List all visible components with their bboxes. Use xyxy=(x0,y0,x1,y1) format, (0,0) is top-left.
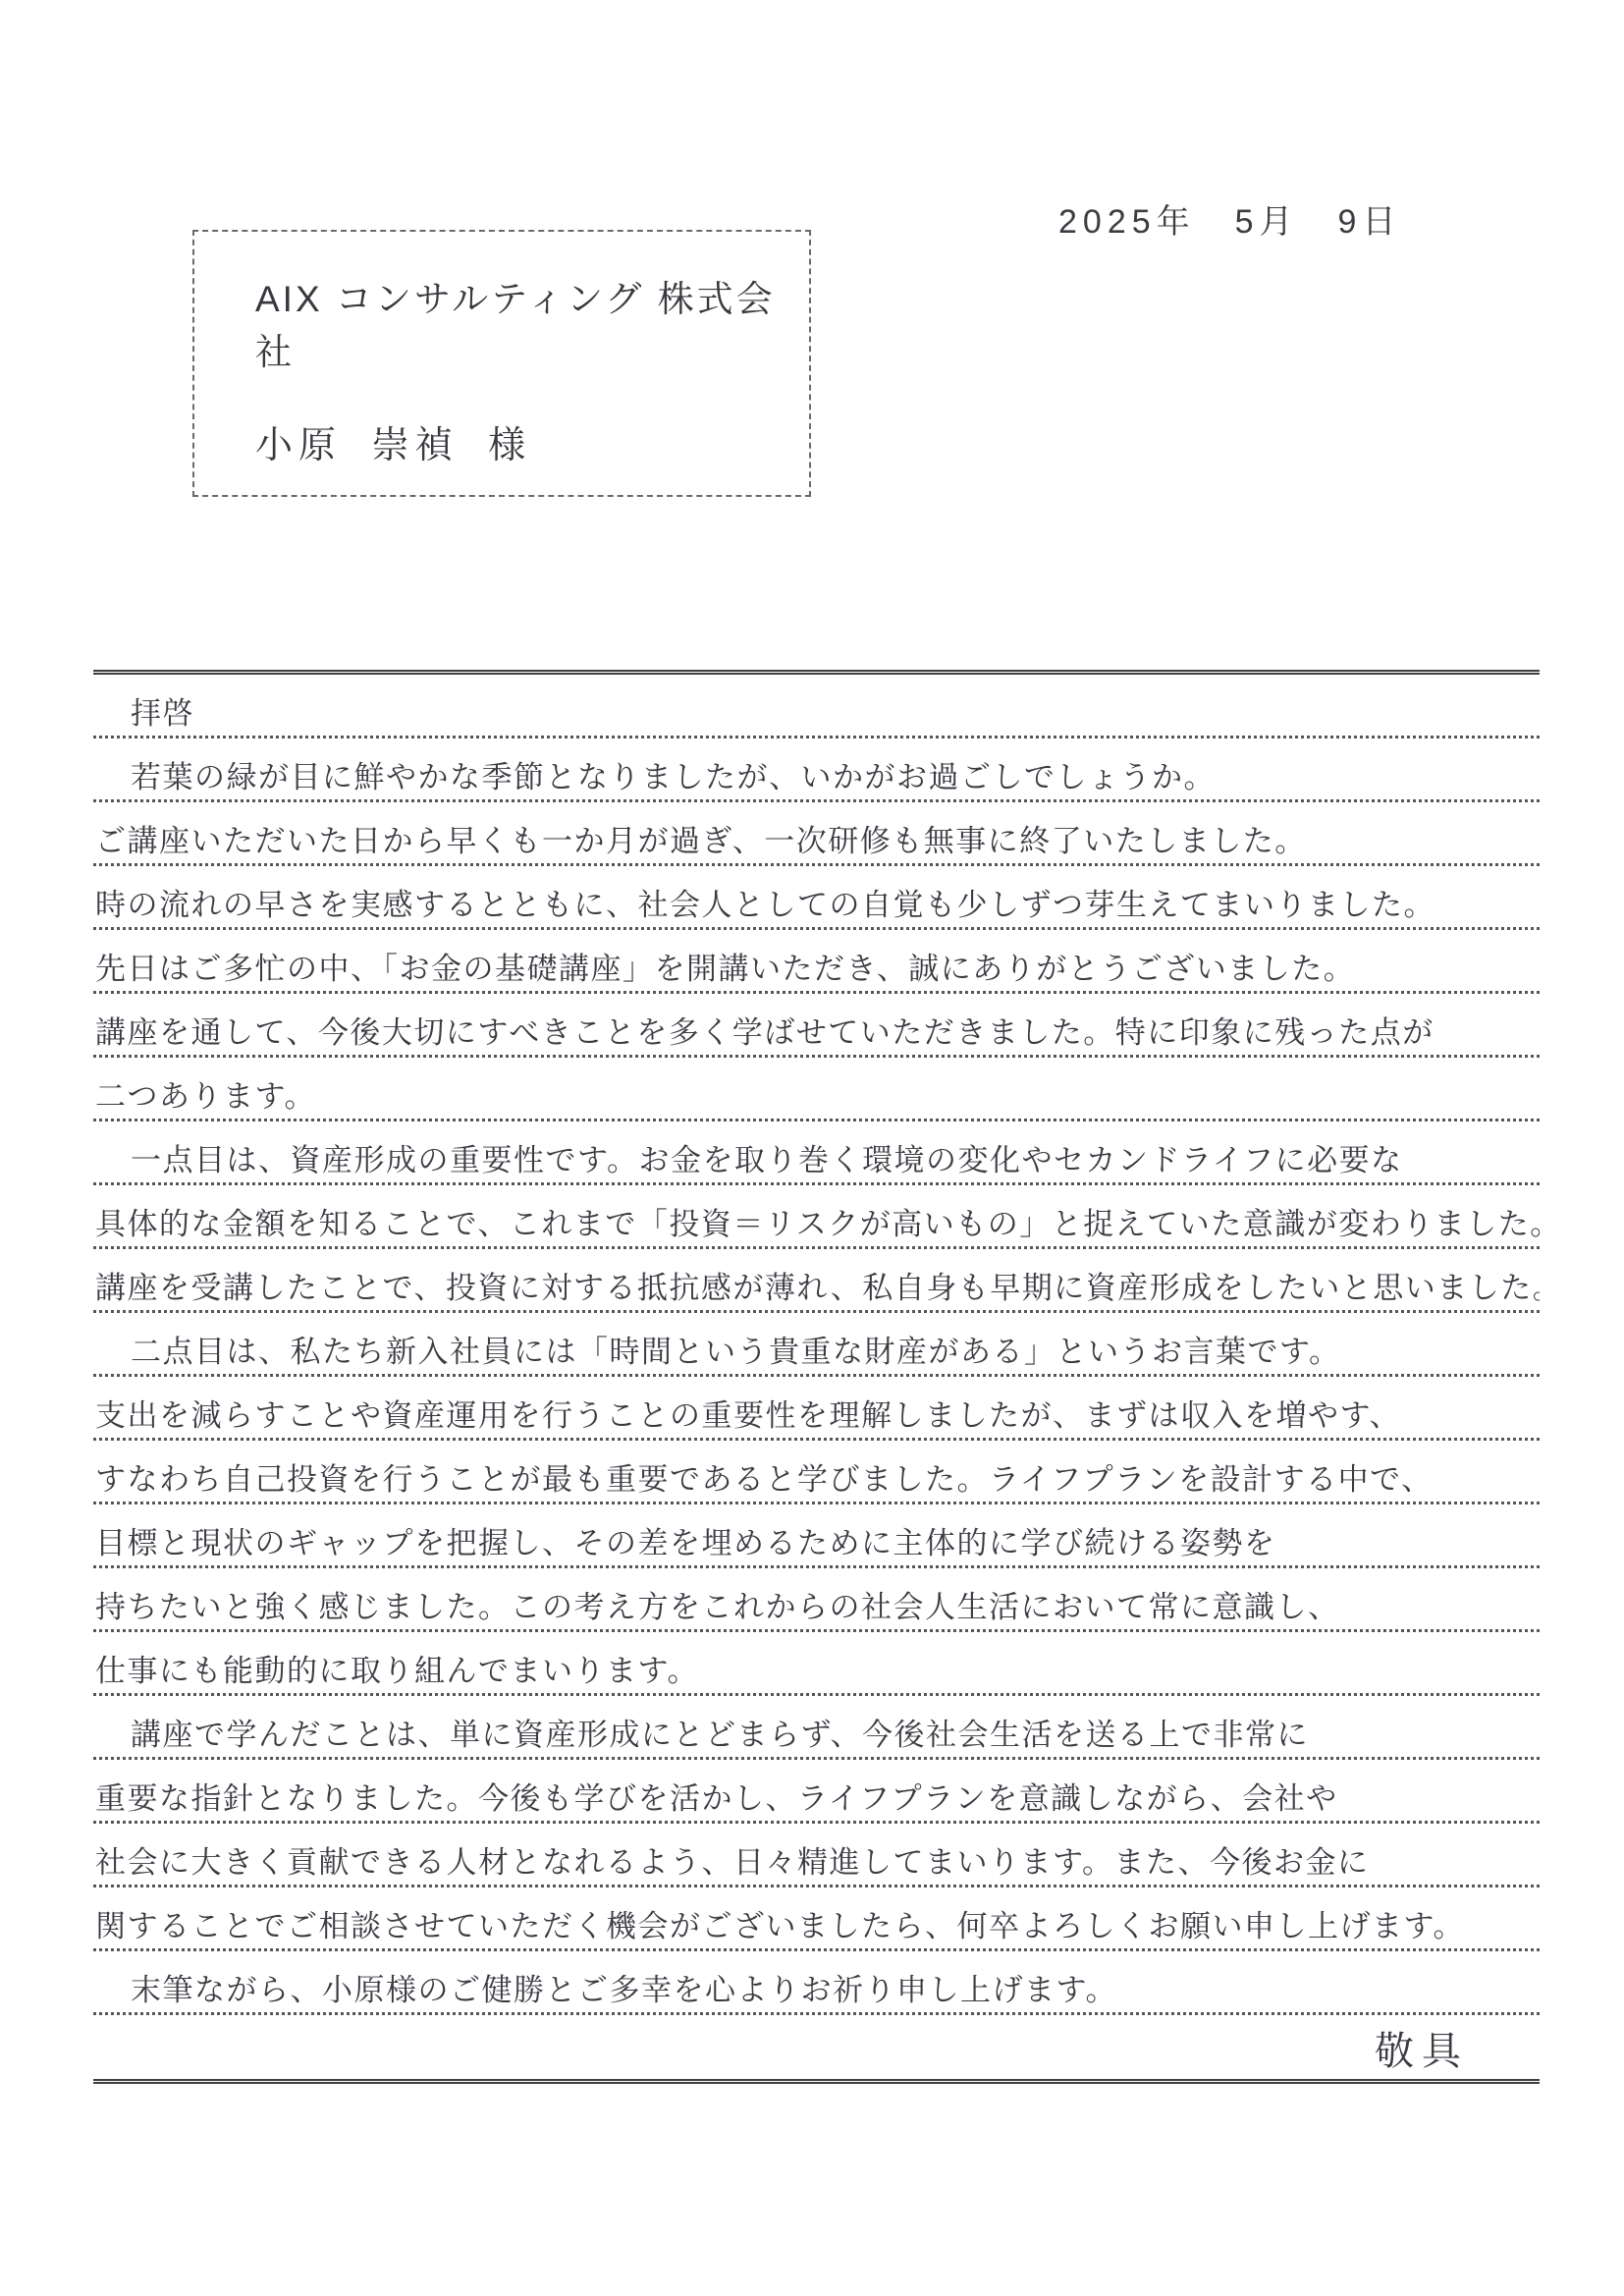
letter-line: 時の流れの早さを実感するとともに、社会人としての自覚も少しずつ芽生えてまいりまし… xyxy=(93,866,1540,930)
letter-line: 支出を減らすことや資産運用を行うことの重要性を理解しましたが、まずは収入を増やす… xyxy=(93,1377,1540,1441)
letter-line: 講座を受講したことで、投資に対する抵抗感が薄れ、私自身も早期に資産形成をしたいと… xyxy=(93,1249,1540,1313)
letter-line: 先日はご多忙の中、「お金の基礎講座」を開講いただき、誠にありがとうございました。 xyxy=(93,930,1540,994)
letter-line: 目標と現状のギャップを把握し、その差を埋めるために主体的に学び続ける姿勢を xyxy=(93,1504,1540,1568)
letter-line: 仕事にも能動的に取り組んでまいります。 xyxy=(93,1632,1540,1696)
letter-line: 一点目は、資産形成の重要性です。お金を取り巻く環境の変化やセカンドライフに必要な xyxy=(93,1121,1540,1185)
recipient-company: AIX コンサルティング 株式会社 xyxy=(255,269,789,375)
letter-line: 二つあります。 xyxy=(93,1058,1540,1121)
letter-line: すなわち自己投資を行うことが最も重要であると学びました。ライフプランを設計する中… xyxy=(93,1441,1540,1504)
letter-line: 持ちたいと強く感じました。この考え方をこれからの社会人生活において常に意識し、 xyxy=(93,1568,1540,1632)
letter-line: 具体的な金額を知ることで、これまで「投資＝リスクが高いもの」と捉えていた意識が変… xyxy=(93,1185,1540,1249)
letter-line: 二点目は、私たち新入社員には「時間という貴重な財産がある」というお言葉です。 xyxy=(93,1313,1540,1377)
scanned-letter-page: 2025年 5月 9日 AIX コンサルティング 株式会社 小原 崇禎 様 拝啓… xyxy=(0,0,1624,2296)
letter-line: 関することでご相談させていただく機会がございましたら、何卒よろしくお願い申し上げ… xyxy=(93,1887,1540,1951)
letter-line: 社会に大きく貢献できる人材となれるよう、日々精進してまいります。また、今後お金に xyxy=(93,1824,1540,1887)
letter-line: 重要な指針となりました。今後も学びを活かし、ライフプランを意識しながら、会社や xyxy=(93,1760,1540,1824)
letter-date: 2025年 5月 9日 xyxy=(1058,194,1401,243)
recipient-address-box: AIX コンサルティング 株式会社 小原 崇禎 様 xyxy=(192,230,811,497)
recipient-name: 小原 崇禎 様 xyxy=(255,414,789,468)
letter-line-opening: 拝啓 xyxy=(93,675,1540,738)
letter-body: 拝啓 若葉の緑が目に鮮やかな季節となりましたが、いかがお過ごしでしょうか。 ご講… xyxy=(93,670,1540,2084)
letter-closing-word: 敬具 xyxy=(93,2015,1540,2079)
letter-line: 若葉の緑が目に鮮やかな季節となりましたが、いかがお過ごしでしょうか。 xyxy=(93,738,1540,802)
letter-line: ご講座いただいた日から早くも一か月が過ぎ、一次研修も無事に終了いたしました。 xyxy=(93,802,1540,866)
letter-line: 講座を通して、今後大切にすべきことを多く学ばせていただきました。特に印象に残った… xyxy=(93,994,1540,1058)
letter-line: 末筆ながら、小原様のご健勝とご多幸を心よりお祈り申し上げます。 xyxy=(93,1951,1540,2015)
letter-line: 講座で学んだことは、単に資産形成にとどまらず、今後社会生活を送る上で非常に xyxy=(93,1696,1540,1760)
